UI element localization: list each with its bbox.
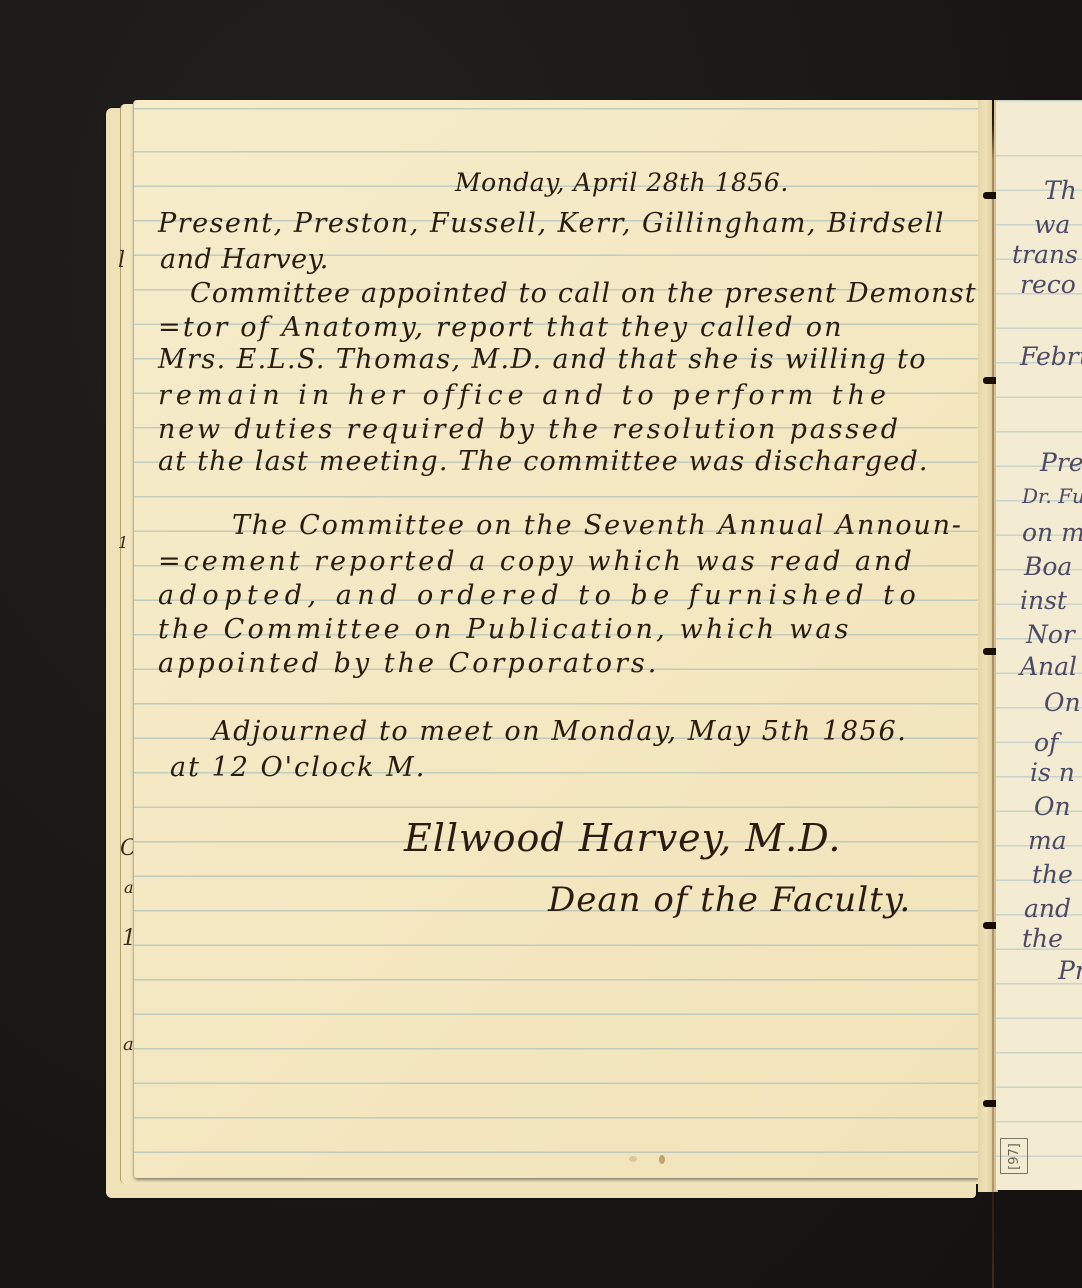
facing-fragment: on m [1022, 518, 1082, 547]
entry-line: Adjourned to meet on Monday, May 5th 185… [212, 716, 907, 747]
facing-fragment: reco [1020, 270, 1076, 299]
entry-date-heading: Monday, April 28th 1856. [455, 168, 789, 197]
edge-fragment: l [118, 250, 125, 272]
signature-name: Ellwood Harvey, M.D. [404, 816, 841, 860]
entry-line: new duties required by the resolution pa… [158, 414, 901, 445]
entry-line: at 12 O'clock M. [170, 752, 426, 783]
scan-background: l 1 C a 1 a Monday, April 28th 1856. Pre… [0, 0, 1082, 1288]
facing-fragment: On [1044, 688, 1081, 717]
entry-line: at the last meeting. The committee was d… [158, 446, 929, 477]
facing-fragment: trans [1012, 240, 1078, 269]
facing-fragment: Febru [1020, 342, 1082, 371]
facing-fragment: Anal [1020, 652, 1077, 681]
facing-fragment: is n [1030, 758, 1075, 787]
entry-line: appointed by the Corporators. [158, 648, 659, 679]
facing-fragment: and [1024, 894, 1071, 923]
entry-line: =cement reported a copy which was read a… [158, 546, 915, 577]
edge-fragment: 1 [118, 535, 128, 551]
facing-fragment: Th [1044, 176, 1077, 205]
facing-fragment: the [1022, 924, 1063, 953]
facing-fragment: Pres [1040, 448, 1082, 477]
entry-line: adopted, and ordered to be furnished to [158, 580, 921, 611]
ink-spot [659, 1155, 665, 1164]
signature-title: Dean of the Faculty. [548, 880, 911, 920]
facing-fragment: the [1032, 860, 1073, 889]
entry-line: the Committee on Publication, which was [158, 614, 852, 645]
book-spine [978, 100, 998, 1192]
facing-fragment: ma [1028, 826, 1067, 855]
entry-line: The Committee on the Seventh Annual Anno… [232, 510, 963, 541]
page-number: [97] [1007, 1143, 1022, 1170]
entry-line: Committee appointed to call on the prese… [190, 278, 1032, 309]
spine-gutter [992, 100, 994, 1288]
ink-spot [629, 1156, 637, 1162]
page-number-box: [97] [1000, 1138, 1028, 1174]
entry-line: remain in her office and to perform the [158, 380, 891, 411]
facing-fragment: Dr. Fu [1022, 484, 1082, 508]
entry-line: =tor of Anatomy, report that they called… [158, 312, 844, 343]
facing-fragment: On [1034, 792, 1071, 821]
facing-fragment: of [1034, 728, 1058, 757]
entry-line: Mrs. E.L.S. Thomas, M.D. and that she is… [158, 344, 927, 375]
facing-fragment: wa [1034, 210, 1070, 239]
entry-line: and Harvey. [160, 244, 329, 275]
facing-fragment: Pr [1058, 956, 1082, 985]
entry-line: Present, Preston, Fussell, Kerr, Gilling… [158, 208, 945, 239]
facing-fragment: Nor [1026, 620, 1075, 649]
facing-fragment: inst [1020, 586, 1067, 615]
facing-fragment: Boa [1024, 552, 1072, 581]
